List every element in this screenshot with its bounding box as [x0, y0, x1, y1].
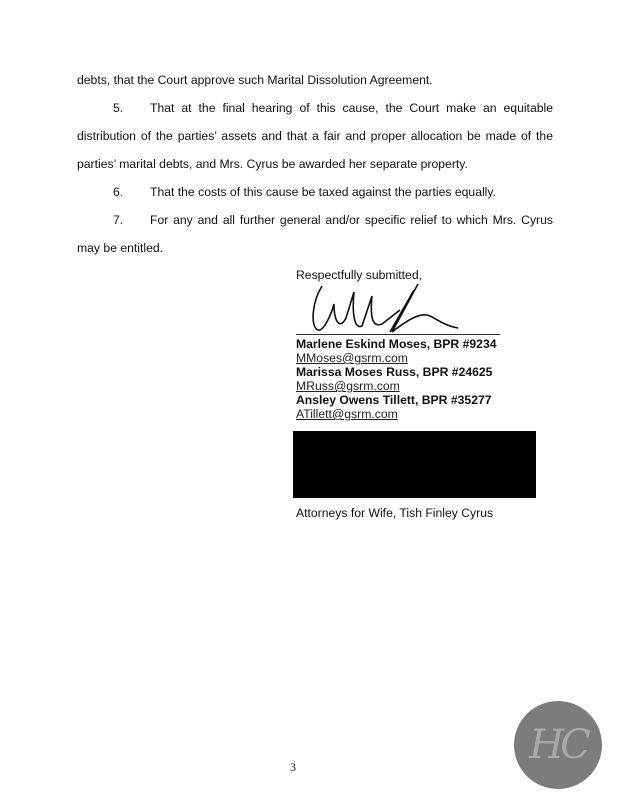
item-text: That at the final hearing of this cause,…	[150, 101, 553, 115]
item-text: parties’ marital debts, and Mrs. Cyrus b…	[77, 157, 553, 171]
attorneys-for: Attorneys for Wife, Tish Finley Cyrus	[296, 506, 493, 520]
attorney-name: Ansley Owens Tillett, BPR #35277	[296, 393, 492, 407]
item-number: 6.	[113, 185, 123, 199]
watermark-logo: HC	[514, 701, 602, 789]
item-number: 7.	[113, 213, 123, 227]
intro-line: debts, that the Court approve such Marit…	[77, 73, 553, 87]
item-number: 5.	[113, 101, 123, 115]
attorney-email[interactable]: MRuss@gsrm.com	[296, 379, 400, 393]
item-text: That the costs of this cause be taxed ag…	[150, 185, 553, 199]
attorney-name: Marissa Moses Russ, BPR #24625	[296, 365, 492, 379]
item-text: distribution of the parties’ assets and …	[77, 129, 553, 143]
signature-line	[296, 334, 500, 335]
item-text: For any and all further general and/or s…	[150, 213, 553, 227]
attorney-name: Marlene Eskind Moses, BPR #9234	[296, 337, 497, 351]
redaction-box	[293, 431, 536, 498]
page-number: 3	[290, 760, 296, 775]
signature-icon	[310, 282, 480, 337]
attorney-email[interactable]: ATillett@gsrm.com	[296, 407, 398, 421]
closing-text: Respectfully submitted,	[296, 268, 422, 282]
item-text: may be entitled.	[77, 241, 553, 255]
attorney-email[interactable]: MMoses@gsrm.com	[296, 351, 408, 365]
watermark-text: HC	[529, 722, 587, 768]
